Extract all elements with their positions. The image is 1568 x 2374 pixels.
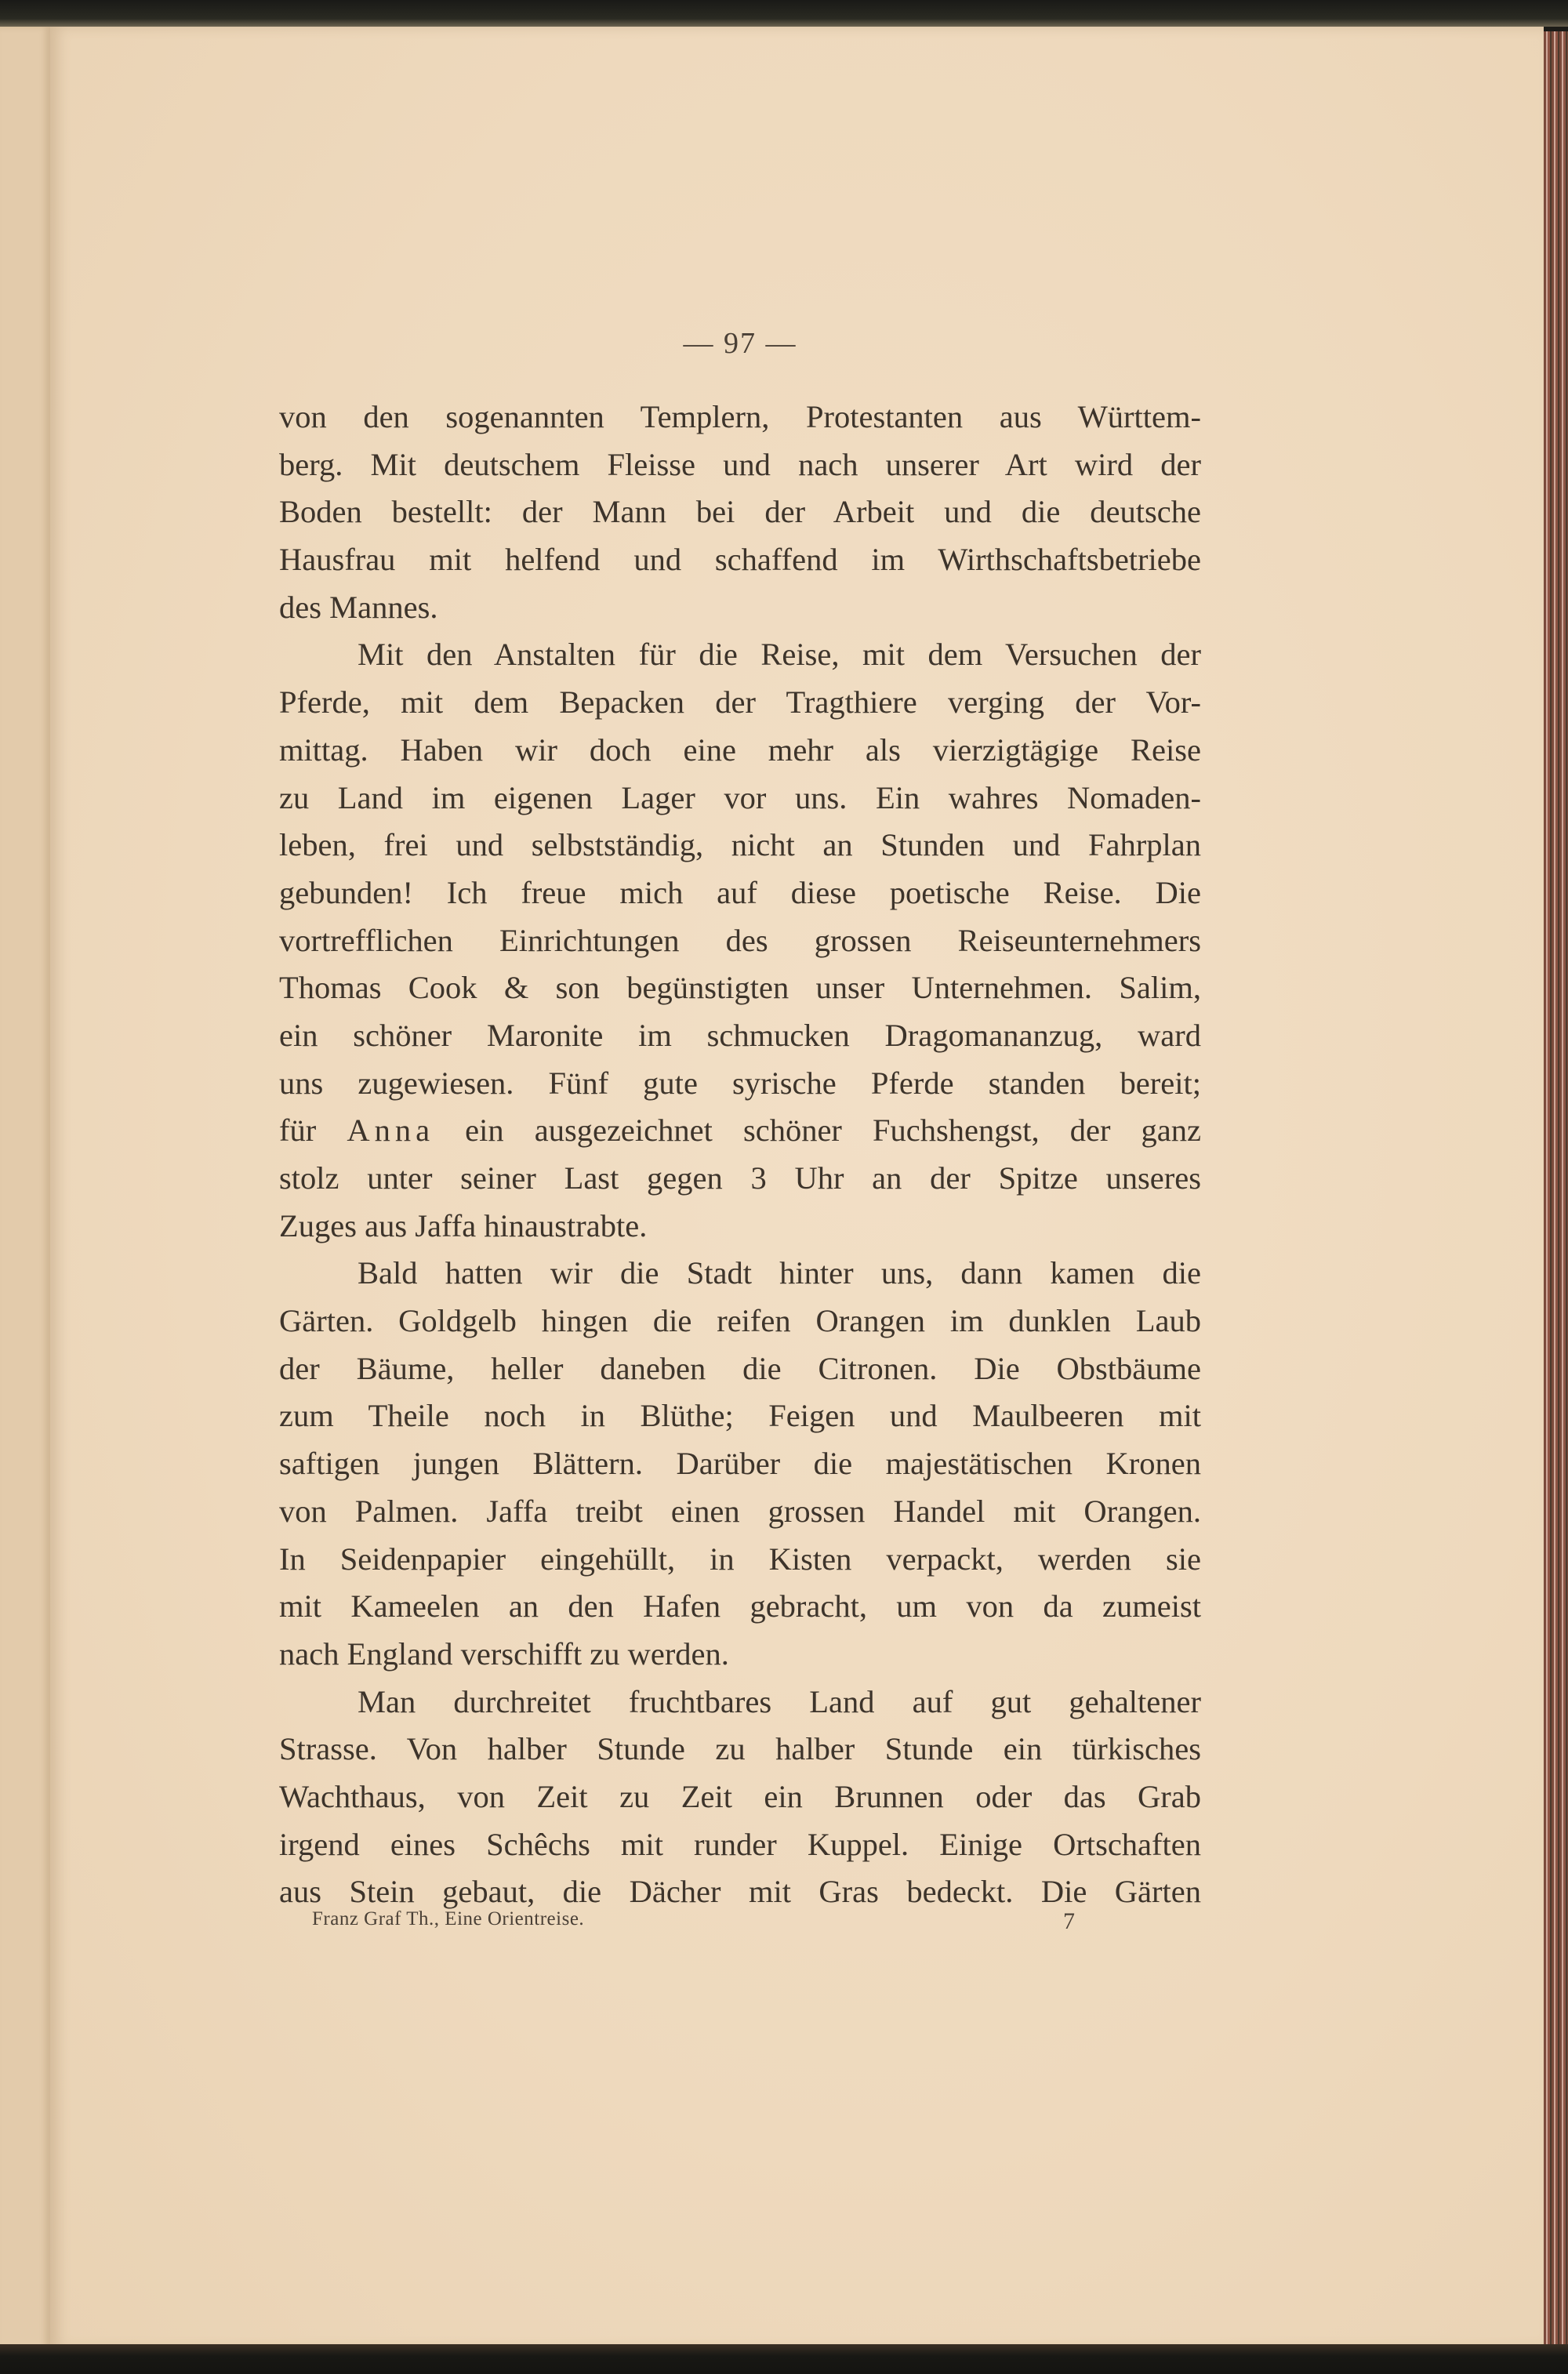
text-line: der Bäume, heller daneben die Citronen. … — [279, 1345, 1201, 1393]
text-line: ein schöner Maronite im schmucken Dragom… — [279, 1012, 1201, 1060]
text-line: leben, frei und selbstständig, nicht an … — [279, 822, 1201, 869]
text-line: Pferde, mit dem Bepacken der Tragthiere … — [279, 679, 1201, 727]
text-line: Man durchreitet fruchtbares Land auf gut… — [279, 1679, 1201, 1726]
text-line: vortrefflichen Einrichtungen des grossen… — [279, 917, 1201, 965]
book-cover-top-edge — [0, 0, 1568, 27]
text-line: Bald hatten wir die Stadt hinter uns, da… — [279, 1250, 1201, 1298]
text-line: des Mannes. — [279, 584, 1201, 632]
paragraph: von den sogenannten Templern, Protestant… — [279, 394, 1201, 631]
text-line: nach England verschifft zu werden. — [279, 1631, 1201, 1679]
text-line: berg. Mit deutschem Fleisse und nach uns… — [279, 441, 1201, 489]
text-line: mittag. Haben wir doch eine mehr als vie… — [279, 727, 1201, 775]
text-line: Thomas Cook & son begünstigten unser Unt… — [279, 964, 1201, 1012]
text-line: zum Theile noch in Blüthe; Feigen und Ma… — [279, 1392, 1201, 1440]
running-footer-title: Franz Graf Th., Eine Orientreise. — [312, 1908, 584, 1930]
page-number: — 97 — — [279, 326, 1201, 361]
text-line: von den sogenannten Templern, Protestant… — [279, 394, 1201, 441]
signature-mark: 7 — [1063, 1908, 1075, 1935]
text-line: Strasse. Von halber Stunde zu halber Stu… — [279, 1726, 1201, 1773]
emphasized-name: Anna — [347, 1113, 434, 1148]
facing-page-edge — [0, 27, 52, 2352]
book-cover-bottom-edge — [0, 2344, 1568, 2374]
paragraph: Man durchreitet fruchtbares Land auf gut… — [279, 1679, 1201, 1916]
text-line: Boden bestellt: der Mann bei der Arbeit … — [279, 488, 1201, 536]
paragraph: Bald hatten wir die Stadt hinter uns, da… — [279, 1250, 1201, 1678]
page-block-edges — [1544, 31, 1568, 2348]
text-line: Hausfrau mit helfend und schaffend im Wi… — [279, 536, 1201, 584]
text-line: uns zugewiesen. Fünf gute syrische Pferd… — [279, 1060, 1201, 1108]
body-text: von den sogenannten Templern, Protestant… — [279, 394, 1201, 1916]
text-line: Gärten. Goldgelb hingen die reifen Orang… — [279, 1298, 1201, 1345]
text-line: Mit den Anstalten für die Reise, mit dem… — [279, 631, 1201, 679]
text-fragment: für — [279, 1113, 347, 1148]
text-line: Wachthaus, von Zeit zu Zeit ein Brunnen … — [279, 1773, 1201, 1821]
paragraph: Mit den Anstalten für die Reise, mit dem… — [279, 631, 1201, 1250]
text-line: für Anna ein ausgezeichnet schöner Fuchs… — [279, 1107, 1201, 1155]
text-line: stolz unter seiner Last gegen 3 Uhr an d… — [279, 1155, 1201, 1203]
text-line: irgend eines Schêchs mit runder Kuppel. … — [279, 1821, 1201, 1869]
text-line: gebunden! Ich freue mich auf diese poeti… — [279, 869, 1201, 917]
text-line: In Seidenpapier eingehüllt, in Kisten ve… — [279, 1536, 1201, 1584]
text-line: mit Kameelen an den Hafen gebracht, um v… — [279, 1583, 1201, 1631]
page-footer: Franz Graf Th., Eine Orientreise. 7 — [279, 1908, 1201, 1940]
text-line: saftigen jungen Blättern. Darüber die ma… — [279, 1440, 1201, 1488]
text-line: Zuges aus Jaffa hinaustrabte. — [279, 1203, 1201, 1251]
text-line: zu Land im eigenen Lager vor uns. Ein wa… — [279, 775, 1201, 822]
text-line: von Palmen. Jaffa treibt einen grossen H… — [279, 1488, 1201, 1536]
text-fragment: ein ausgezeichnet schöner Fuchshengst, d… — [434, 1113, 1201, 1148]
